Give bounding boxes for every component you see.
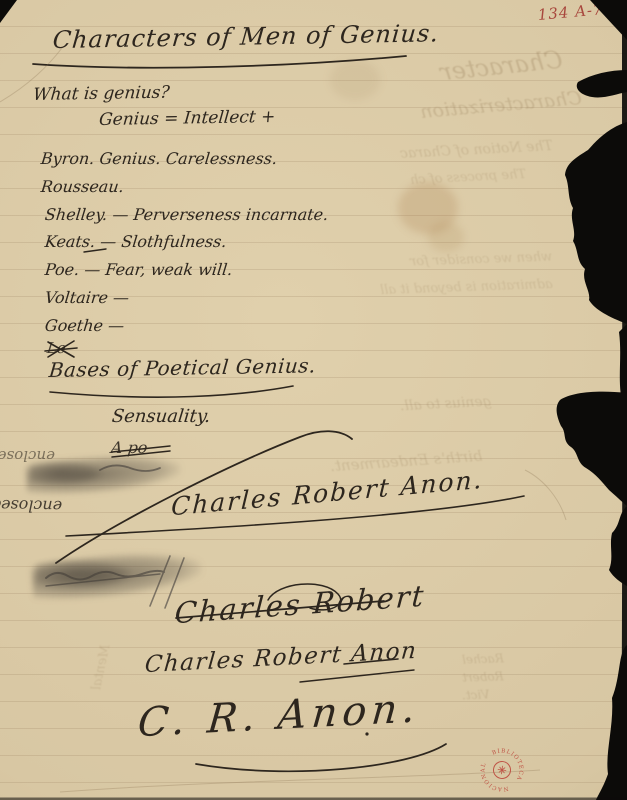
crossed-out-word: Le: [46, 339, 67, 357]
bleedthrough-text: Vict.: [462, 688, 490, 703]
stamp-word-top: BIBLIOTECA: [490, 740, 531, 785]
inverted-word-enclosed: enclosed.: [0, 496, 62, 516]
note-sensuality: Sensuality.: [111, 406, 212, 427]
library-stamp: BIBLIOTECA NACIONAL: [468, 736, 535, 800]
bleedthrough-text: admiration is beyond it all: [380, 277, 553, 298]
note-equation: Genius = Intellect +: [98, 107, 276, 130]
bleedthrough-text: genius to all.: [400, 394, 492, 415]
note-question: What is genius?: [32, 83, 170, 105]
bleedthrough-text: Rachel: [462, 651, 504, 666]
paper-stain: [428, 222, 464, 252]
note-line-byron: Byron. Genius. Carelessness.: [40, 149, 278, 168]
signature-charles-robert-anon-2: Charles Robert Anon: [144, 638, 419, 678]
bleedthrough-text: when we consider for: [410, 250, 553, 270]
paper-stain: [330, 60, 380, 100]
bleedthrough-text: Characterization: [419, 87, 582, 123]
note-line-poe: Poe. — Fear, weak will.: [44, 260, 233, 279]
note-line-shelley: Shelley. — Perverseness incarnate.: [44, 205, 329, 224]
catalog-number: 134 A-7: [537, 0, 604, 24]
note-line-keats: Keats. — Slothfulness.: [44, 232, 227, 251]
bleedthrough-text: Robert: [462, 669, 504, 684]
svg-text:NACIONAL: NACIONAL: [473, 758, 511, 799]
signature-cr-anon: C. R. Anon.: [136, 685, 422, 746]
signature-charles-robert: Charles Robert: [174, 578, 427, 630]
signature-charles-robert-anon-1: Charles Robert Anon.: [170, 465, 484, 522]
page-title: Characters of Men of Genius.: [52, 19, 441, 54]
note-line-goethe: Goethe —: [44, 316, 125, 335]
bleedthrough-text: Character: [439, 46, 564, 87]
manuscript-scan-page: Character Characterization The Notion of…: [0, 0, 627, 800]
graphite-smudge-lower-core: [36, 560, 131, 588]
bleedthrough-text: The Notion of Charac: [400, 138, 553, 162]
bleedthrough-text: Mental: [89, 643, 113, 692]
graphite-smudge-upper-core: [30, 461, 102, 485]
section-heading: Bases of Poetical Genius.: [48, 353, 317, 382]
note-line-voltaire: Voltaire —: [44, 288, 130, 307]
note-line-rousseau: Rousseau.: [40, 177, 125, 196]
stamp-word-bottom: NACIONAL: [473, 758, 511, 799]
svg-text:BIBLIOTECA: BIBLIOTECA: [490, 740, 531, 785]
